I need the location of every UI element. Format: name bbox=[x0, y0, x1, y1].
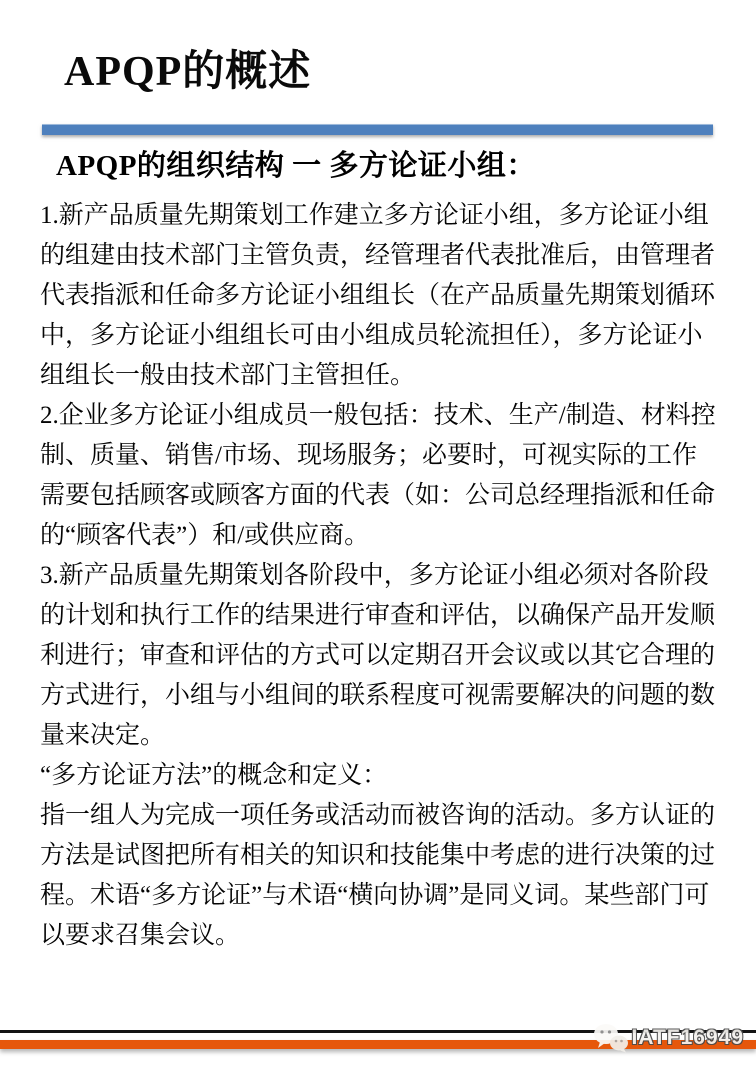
title-divider-bar bbox=[42, 124, 713, 135]
section-heading: APQP的组织结构 一 多方论证小组： bbox=[40, 146, 718, 186]
definition-heading: “多方论证方法”的概念和定义： bbox=[40, 756, 718, 796]
paragraph-3: 3.新产品质量先期策划各阶段中，多方论证小组必须对各阶段的计划和执行工作的结果进… bbox=[40, 556, 718, 756]
slide-title: APQP的概述 bbox=[64, 47, 311, 97]
paragraph-1: 1.新产品质量先期策划工作建立多方论证小组，多方论证小组的组建由技术部门主管负责… bbox=[40, 196, 718, 396]
wechat-icon bbox=[593, 1023, 629, 1053]
watermark: IATF16949 bbox=[593, 1022, 745, 1054]
paragraph-2: 2.企业多方论证小组成员一般包括：技术、生产/制造、材料控制、质量、销售/市场、… bbox=[40, 396, 718, 556]
presentation-slide: APQP的概述 APQP的组织结构 一 多方论证小组： 1.新产品质量先期策划工… bbox=[0, 0, 756, 1070]
definition-body: 指一组人为完成一项任务或活动而被咨询的活动。多方认证的方法是试图把所有相关的知识… bbox=[40, 796, 718, 956]
watermark-text: IATF16949 bbox=[632, 1026, 745, 1050]
slide-body: APQP的组织结构 一 多方论证小组： 1.新产品质量先期策划工作建立多方论证小… bbox=[40, 146, 718, 956]
